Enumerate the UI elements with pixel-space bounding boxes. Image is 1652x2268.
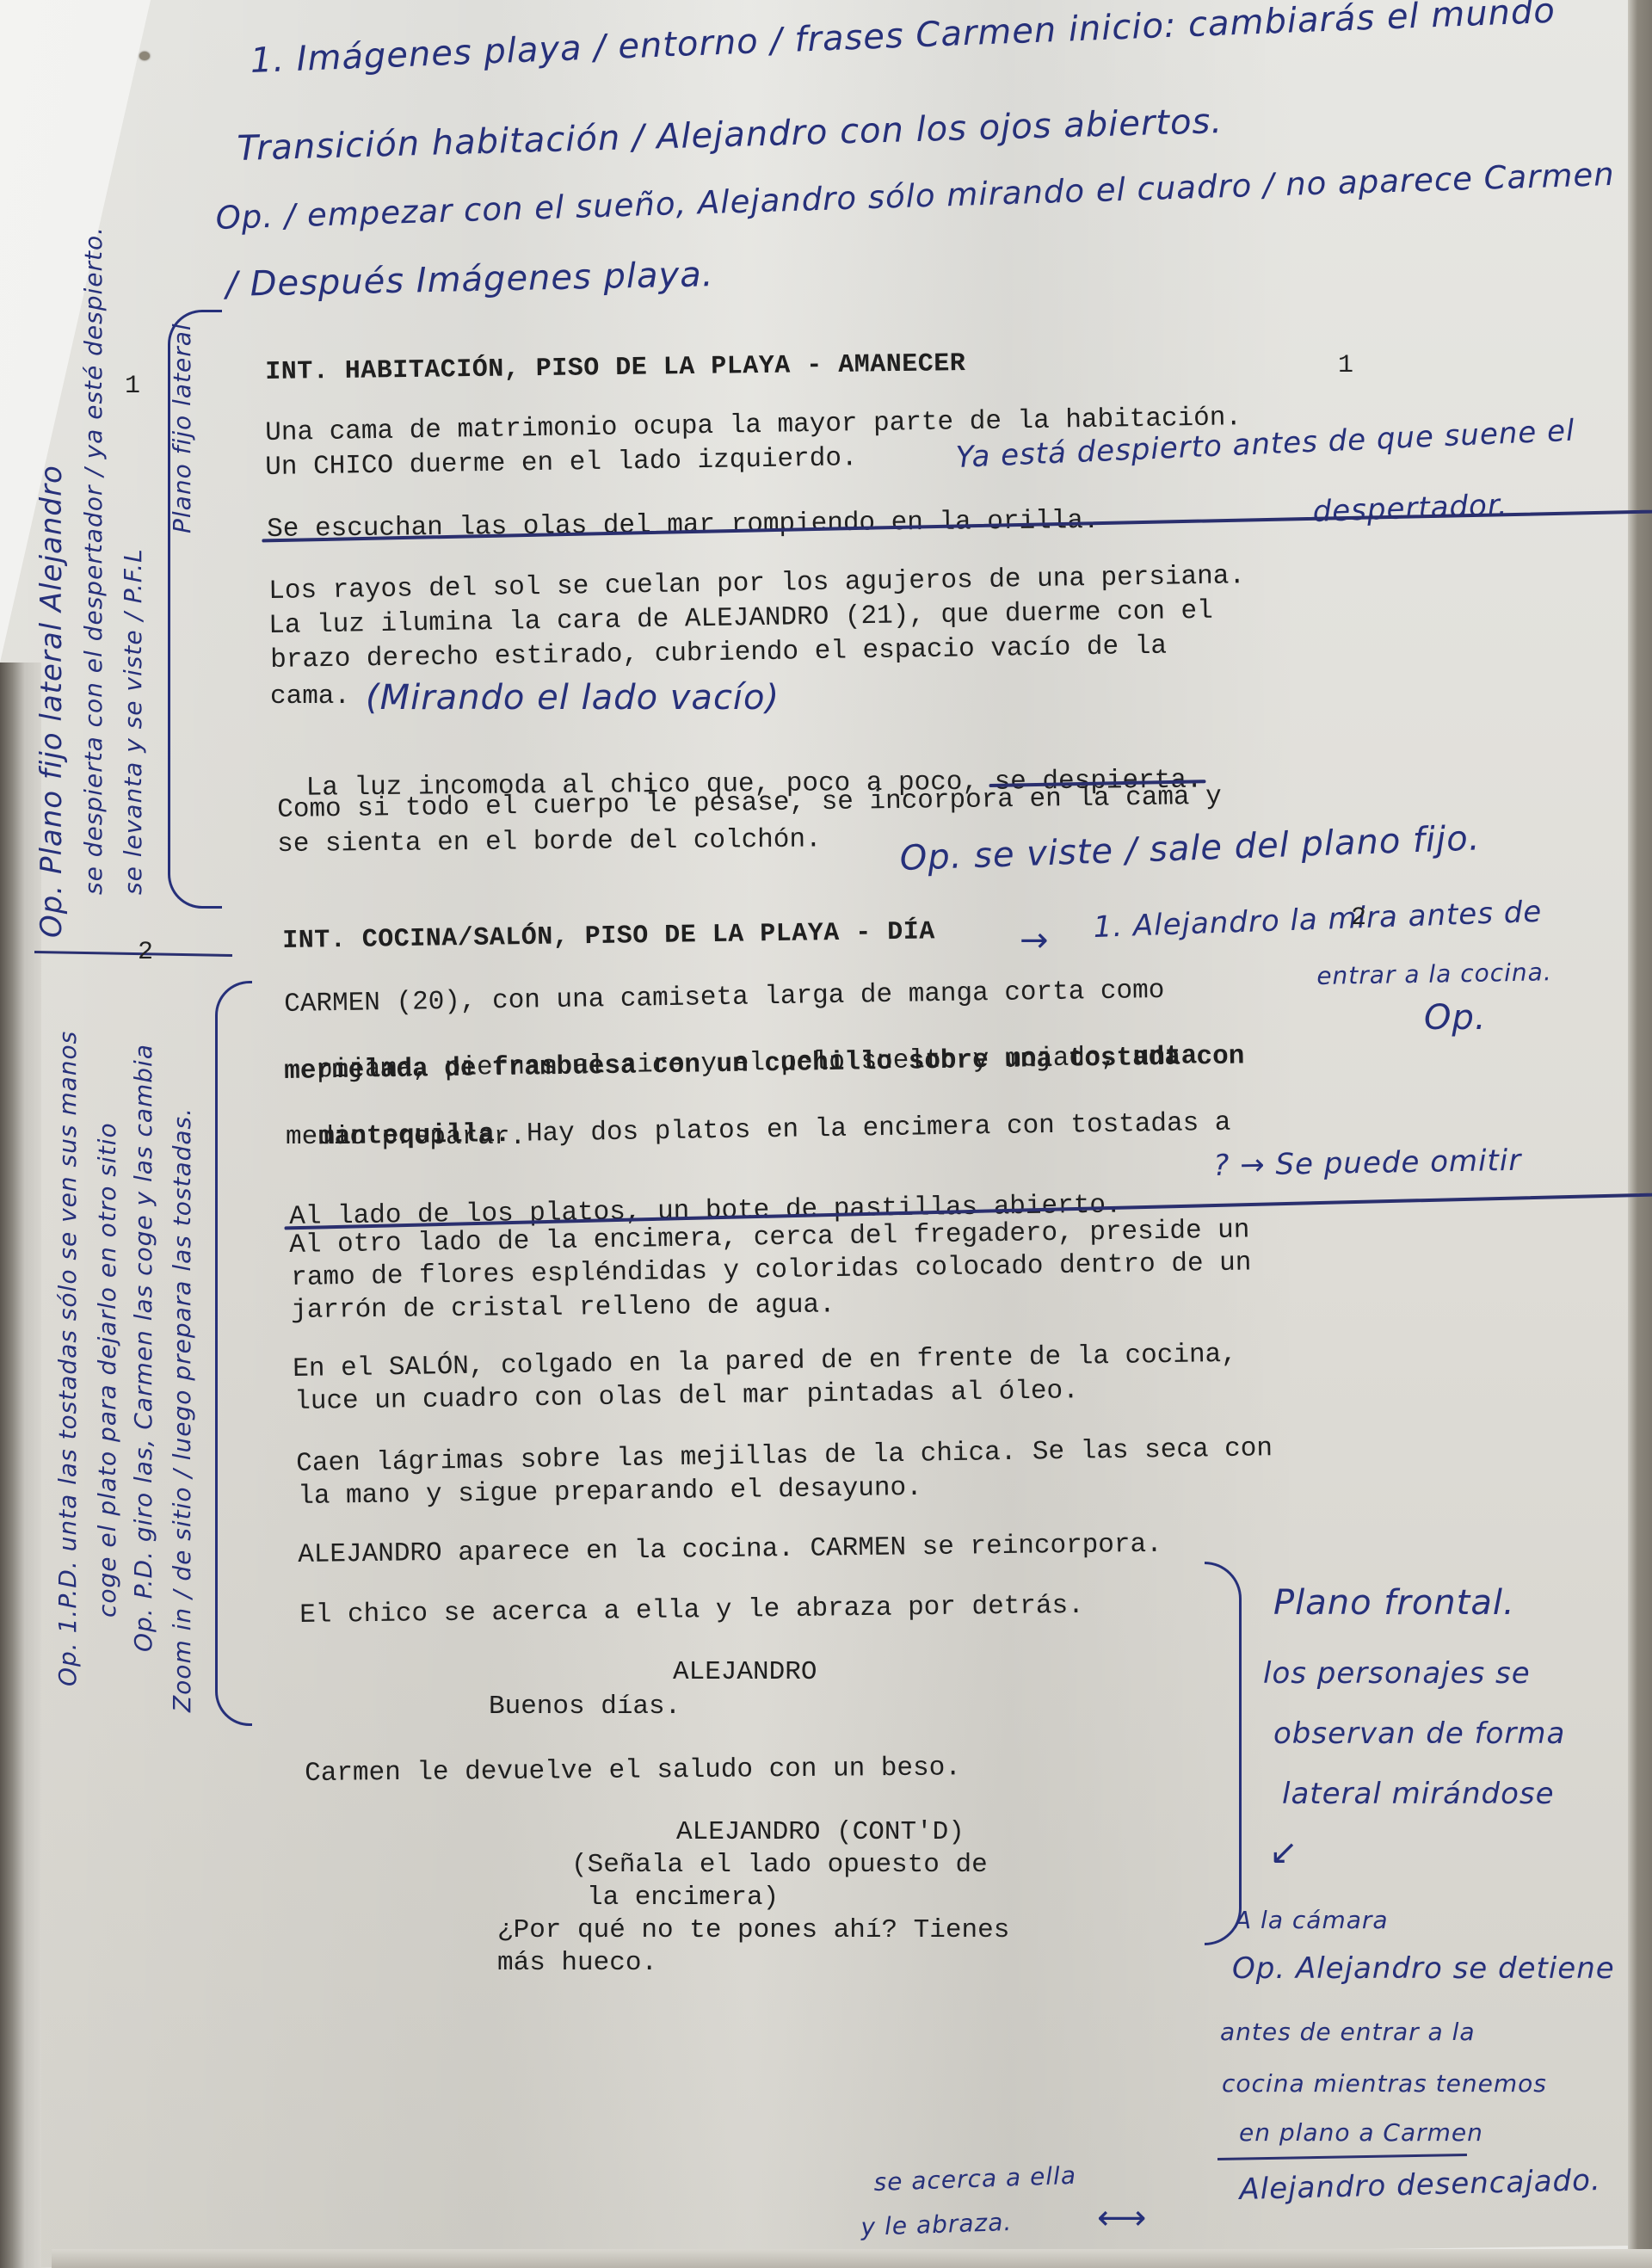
dialogue-2-line-2: más hueco.	[497, 1946, 657, 1980]
note-frontal-shot-2: los personajes se	[1263, 1656, 1531, 1691]
note-looks-before-entering-2: entrar a la cocina.	[1316, 958, 1552, 990]
page-bottom-edge	[52, 2249, 1652, 2268]
page-right-edge	[1628, 0, 1652, 2268]
note-to-camera: A la cámara	[1235, 1906, 1389, 1934]
arrow-right-icon: →	[1020, 921, 1049, 960]
scene-2-para-2-line-3: jarrón de cristal relleno de agua.	[291, 1288, 835, 1328]
scene-2-para-7: Carmen le devuelve el saludo con un beso…	[305, 1751, 961, 1790]
note-alt-1: Op. Alejandro se detiene	[1232, 1951, 1615, 1986]
note-alt-4: en plano a Carmen	[1239, 2118, 1483, 2147]
note-frontal-shot-4: lateral mirándose	[1282, 1777, 1555, 1811]
double-arrow-icon: ⟷	[1097, 2198, 1146, 2238]
left-note-scene2-2: coge el plato para dejarlo en otro sitio	[93, 1122, 121, 1618]
note-hug-2: y le abraza.	[860, 2208, 1013, 2241]
dialogue-2-line-1: ¿Por qué no te pones ahí? Tienes	[497, 1914, 1009, 1947]
staple-mark	[139, 52, 150, 60]
note-op: Op.	[1424, 998, 1487, 1038]
dialogue-1-character: ALEJANDRO	[673, 1655, 817, 1689]
scene-1-number-right: 1	[1338, 351, 1353, 380]
scene-2-para-1-line-5: medio preparar.	[286, 1120, 526, 1154]
dialogue-2-parenthetical-1: (Señala el lado opuesto de	[571, 1848, 988, 1882]
note-can-be-omitted: ? → Se puede omitir	[1213, 1143, 1522, 1183]
left-note-scene1-2: se despierta con el despertador / ya est…	[79, 226, 108, 895]
left-note-scene1-3: se levanta y se viste / P.F.L	[119, 548, 147, 895]
left-note-scene2-4: Zoom in / de sitio / luego prepara las t…	[168, 1107, 196, 1712]
scene-1-para-4-line-2: se sienta en el borde del colchón.	[277, 823, 822, 861]
right-brace	[1205, 1562, 1242, 1945]
note-alt-2: antes de entrar a la	[1220, 2018, 1476, 2046]
scene-2-number-right: 2	[1351, 903, 1366, 933]
scene-2-number-left: 2	[138, 938, 153, 967]
dialogue-1-line: Buenos días.	[489, 1690, 681, 1723]
note-frontal-shot-1: Plano frontal.	[1273, 1583, 1515, 1623]
arrow-down-left-icon: ↙	[1269, 1833, 1298, 1872]
dialogue-2-parenthetical-2: la encimera)	[587, 1881, 779, 1914]
scene-1-para-2-line-4: cama.	[270, 680, 350, 713]
note-looking-empty-side: (Mirando el lado vacío)	[366, 678, 780, 718]
left-note-scene2-1: Op. 1.P.D. unta las tostadas sólo se ven…	[53, 1031, 82, 1686]
left-brace-scene1	[168, 310, 222, 909]
left-note-scene1-1: Op. Plano fijo lateral Alejandro	[34, 465, 69, 938]
scene-1-number-left: 1	[125, 372, 140, 401]
left-brace-scene2	[215, 981, 252, 1726]
left-note-scene2-3: Op. P.D. giro las, Carmen las coge y las…	[129, 1044, 157, 1652]
dialogue-2-character: ALEJANDRO (CONT'D)	[676, 1815, 965, 1849]
note-frontal-shot-3: observan de forma	[1273, 1716, 1565, 1751]
note-alt-3: cocina mientras tenemos	[1222, 2069, 1547, 2098]
